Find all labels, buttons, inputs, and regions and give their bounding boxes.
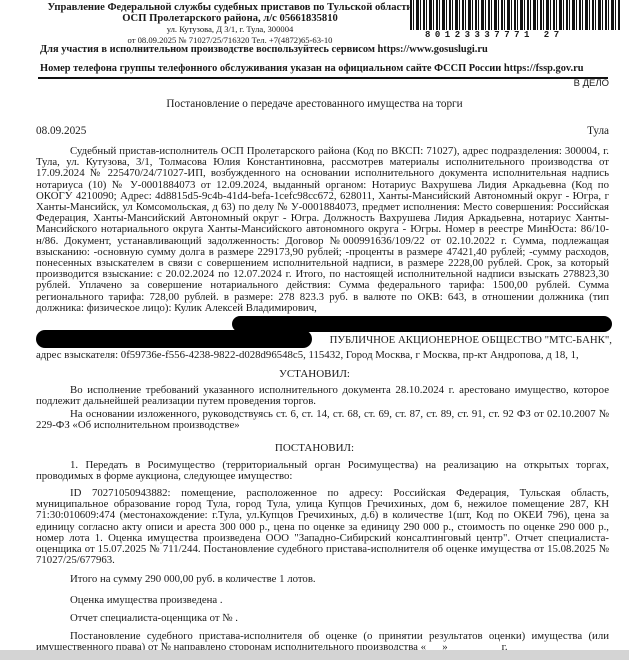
phone-notice: Номер телефона группы телефонного обслуж… — [40, 63, 584, 74]
report-line: Отчет специалиста-оценщика от № . — [36, 613, 609, 624]
barcode-icon — [410, 0, 620, 30]
barcode-number: 80123337771 27 — [425, 30, 615, 40]
org-department: ОСП Пролетарского района, л/с 0566183581… — [40, 13, 420, 24]
established-paragraph-2: На основании изложенного, руководствуясь… — [36, 409, 609, 431]
creditor-address: адрес взыскателя: 0f59736e-f556-4238-982… — [36, 350, 609, 361]
redaction-block — [36, 330, 312, 348]
header-divider — [38, 77, 608, 79]
total-line: Итого на сумму 290 000,00 руб. в количес… — [36, 574, 609, 585]
resolved-paragraph-1: 1. Передать в Росимущество (территориаль… — [36, 460, 609, 482]
gosuslugi-notice: Для участия в исполнительном производств… — [40, 44, 488, 55]
page-bottom-edge — [0, 650, 629, 660]
org-address: ул. Кутузова, Д 3/1, г. Тула, 300004 — [40, 24, 420, 35]
established-heading: УСТАНОВИЛ: — [0, 368, 629, 380]
resolved-heading: ПОСТАНОВИЛ: — [0, 442, 629, 454]
property-description: ID 70271050943882: помещение, расположен… — [36, 488, 609, 566]
valuation-line: Оценка имущества произведена . — [36, 595, 609, 606]
document-page: Управление Федеральной службы судебных п… — [0, 0, 629, 660]
document-date: 08.09.2025 — [36, 125, 86, 137]
creditor-name: ПУБЛИЧНОЕ АКЦИОНЕРНОЕ ОБЩЕСТВО "МТС-БАНК… — [312, 335, 612, 346]
letterhead: Управление Федеральной службы судебных п… — [40, 2, 420, 46]
document-city: Тула — [587, 125, 609, 137]
document-title: Постановление о передаче арестованного и… — [0, 98, 629, 110]
file-stamp: В ДЕЛО — [574, 78, 609, 89]
intro-paragraph: Судебный пристав-исполнитель ОСП Пролета… — [36, 146, 609, 314]
established-paragraph-1: Во исполнение требований указанного испо… — [36, 385, 609, 407]
org-name: Управление Федеральной службы судебных п… — [40, 2, 420, 13]
